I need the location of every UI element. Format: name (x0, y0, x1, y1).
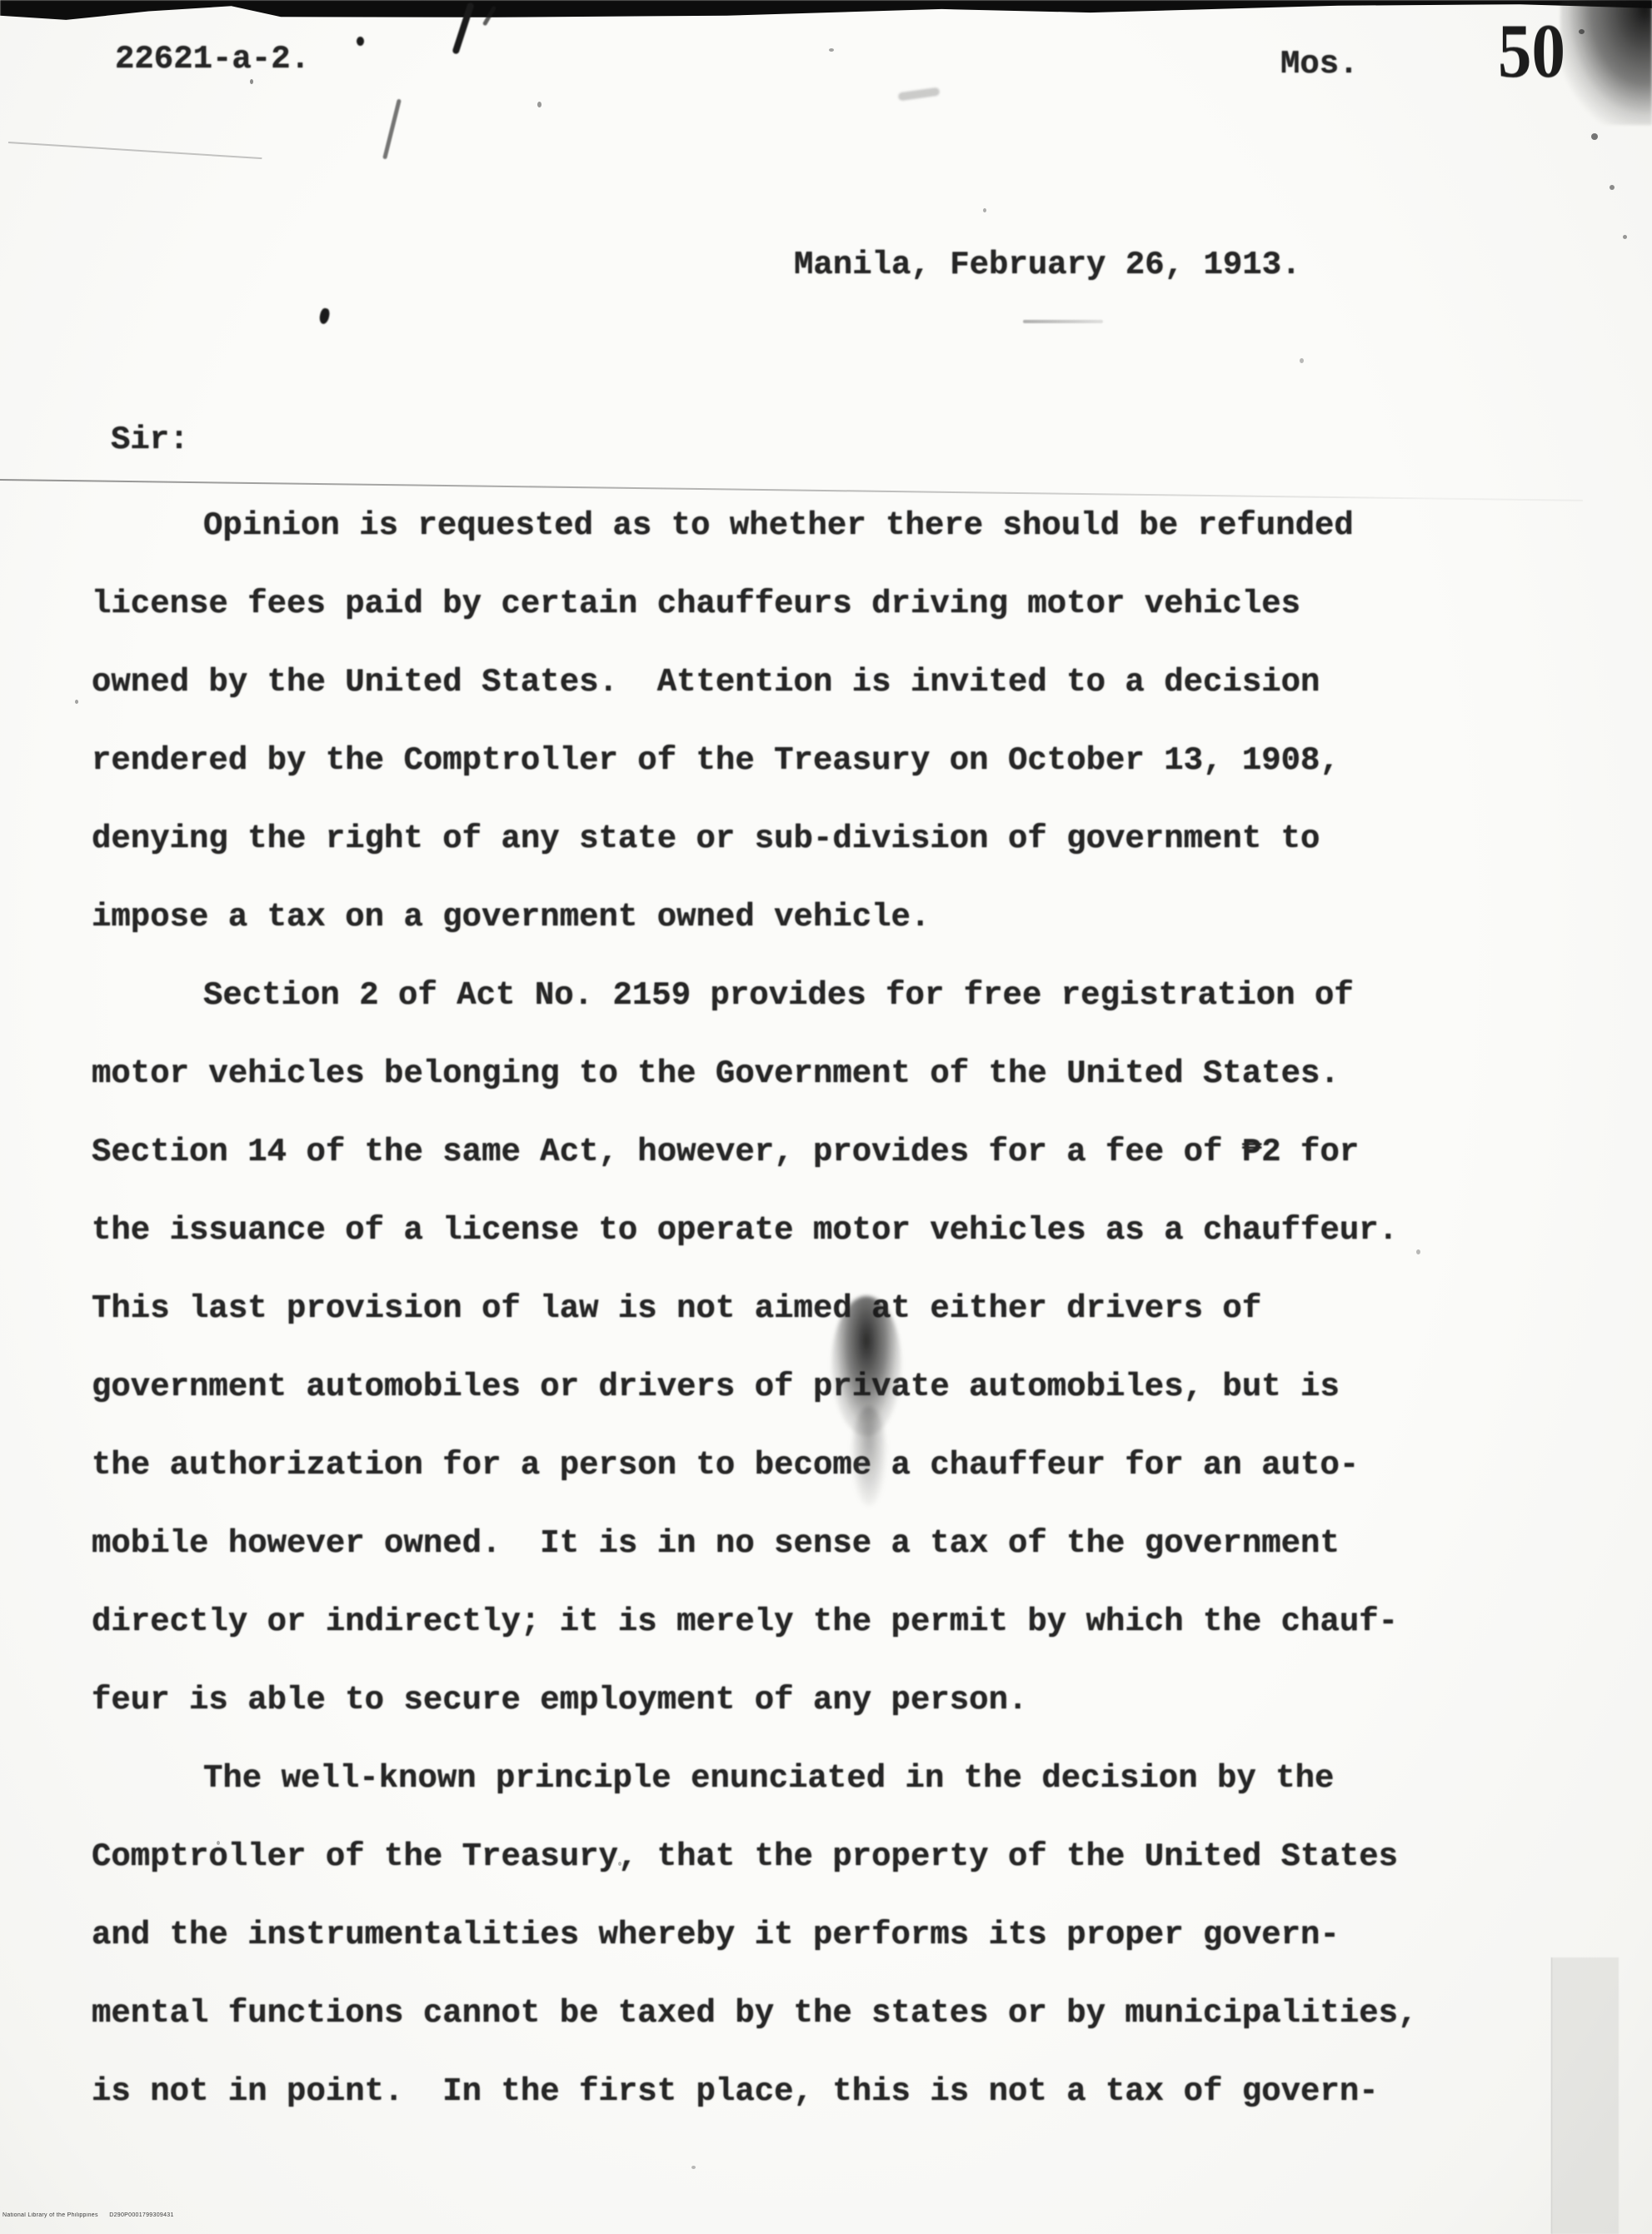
ink-blot (851, 1406, 886, 1506)
ink-speck (829, 48, 834, 52)
scratch-line (8, 142, 262, 159)
pencil-squiggle (1023, 320, 1103, 323)
pencil-smudge (898, 87, 941, 102)
ink-speck (1416, 1249, 1420, 1254)
body-line: the issuance of a license to operate mot… (92, 1214, 1398, 1247)
reference-number: 22621-a-2. (115, 43, 310, 76)
scanned-letter-page: 22621-a-2. Mos. 50 Manila, February 26, … (0, 0, 1652, 2234)
ink-speck (1591, 133, 1598, 140)
ink-speck (1300, 358, 1304, 363)
body-line: mental functions cannot be taxed by the … (92, 1997, 1417, 2030)
body-line: The well-known principle enunciated in t… (203, 1763, 1334, 1795)
body-line: license fees paid by certain chauffeurs … (92, 588, 1300, 621)
ink-mark (382, 98, 402, 159)
library-watermark: National Library of the Philippines D290… (2, 2212, 174, 2218)
body-line: mobile however owned. It is in no sense … (92, 1528, 1340, 1560)
ink-speck (75, 700, 78, 704)
ink-speck (691, 2166, 696, 2169)
body-line: Comptroller of the Treasury, that the pr… (92, 1841, 1398, 1873)
ink-speck (357, 37, 364, 46)
scan-corner-artifact (1560, 0, 1652, 125)
ink-speck (318, 307, 331, 325)
body-line: motor vehicles belonging to the Governme… (92, 1058, 1340, 1090)
ink-speck (1623, 235, 1627, 239)
clerk-initials: Mos. (1280, 48, 1359, 81)
page-number-stamp: 50 (1498, 12, 1565, 89)
ink-speck (250, 79, 253, 84)
salutation: Sir: (111, 424, 189, 456)
body-line: This last provision of law is not aimed … (92, 1293, 1261, 1325)
body-line: rendered by the Comptroller of the Treas… (92, 745, 1340, 777)
body-line: the authorization for a person to become… (92, 1449, 1359, 1482)
body-line: Section 2 of Act No. 2159 provides for f… (203, 980, 1354, 1012)
ink-speck (537, 102, 542, 107)
ink-speck (1610, 185, 1615, 190)
body-line: owned by the United States. Attention is… (92, 666, 1320, 699)
scratch-line (0, 479, 1583, 501)
body-line: Section 14 of the same Act, however, pro… (92, 1136, 1359, 1169)
body-line: is not in point. In the first place, thi… (92, 2076, 1379, 2108)
body-line: government automobiles or drivers of pri… (92, 1371, 1340, 1404)
body-line: feur is able to secure employment of any… (92, 1684, 1027, 1717)
scan-edge-artifact (0, 0, 1652, 22)
scan-edge-shadow (1551, 1957, 1619, 2234)
body-line: denying the right of any state or sub-di… (92, 823, 1320, 855)
ink-speck (1579, 29, 1585, 34)
body-line: and the instrumentalities whereby it per… (92, 1919, 1340, 1952)
body-line: directly or indirectly; it is merely the… (92, 1606, 1398, 1638)
ink-speck (983, 208, 986, 212)
dateline: Manila, February 26, 1913. (794, 249, 1301, 282)
body-line: impose a tax on a government owned vehic… (92, 901, 930, 934)
body-line: Opinion is requested as to whether there… (203, 510, 1354, 542)
